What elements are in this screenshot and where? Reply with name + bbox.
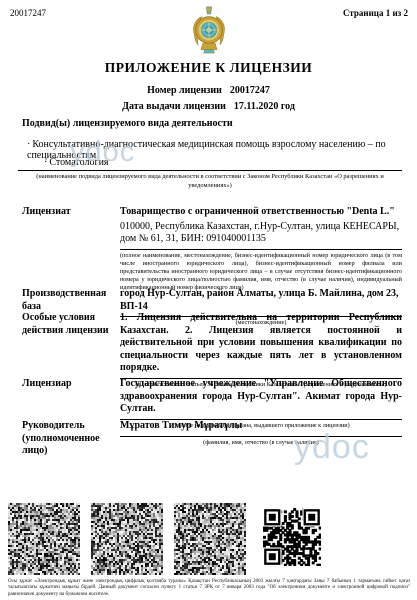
subtype-item: ·Стоматология bbox=[44, 157, 109, 168]
head-name: Мұратов Тимур Мұратұлы bbox=[120, 420, 402, 433]
license-date-value: 17.11.2020 год bbox=[234, 101, 295, 112]
datamatrix-barcode bbox=[8, 503, 80, 575]
document-title: ПРИЛОЖЕНИЕ К ЛИЦЕНЗИИ bbox=[0, 60, 417, 76]
license-appendix-document: 20017247 Страница 1 из 2 ПРИЛОЖЕНИЕ К ЛИ… bbox=[0, 0, 417, 600]
license-date-label: Дата выдачи лицензии bbox=[122, 101, 226, 112]
bullet-marker: · bbox=[44, 157, 47, 168]
licensee-name: Товарищество с ограниченной ответственно… bbox=[120, 206, 402, 219]
subtypes-heading: Подвид(ы) лицензируемого вида деятельнос… bbox=[22, 118, 233, 129]
subtypes-footnote: (наименование подвида лицензируемого вид… bbox=[18, 170, 402, 190]
datamatrix-barcode bbox=[91, 503, 163, 575]
licensor-label: Лицензиар bbox=[22, 378, 118, 391]
bullet-marker: · bbox=[27, 139, 30, 150]
emblem-container bbox=[0, 6, 417, 59]
datamatrix-barcode bbox=[174, 503, 246, 575]
licensee-footnote: (полное наименование, местонахождение, б… bbox=[120, 249, 402, 292]
head-footnote: (фамилия, имя, отчество (в случае наличи… bbox=[120, 436, 402, 447]
license-number-row: Номер лицензии20017247 bbox=[0, 85, 417, 96]
production-base-text: город Нур-Султан, район Алматы, улица Б.… bbox=[120, 288, 402, 313]
special-conditions-label: Особые условия действия лицензии bbox=[22, 312, 118, 337]
special-conditions-text: 1. Лицензия действительна на территории … bbox=[120, 312, 402, 375]
licensor-text: Государственное учреждение "Управление О… bbox=[120, 378, 402, 416]
production-base-label: Производственная база bbox=[22, 288, 118, 313]
licensee-label: Лицензиат bbox=[22, 206, 118, 219]
head-value: Мұратов Тимур Мұратұлы (фамилия, имя, от… bbox=[120, 420, 402, 447]
license-number-label: Номер лицензии bbox=[147, 85, 222, 96]
licensee-address: 010000, Республика Казахстан, г.Нур-Султ… bbox=[120, 221, 402, 246]
licensee-value: Товарищество с ограниченной ответственно… bbox=[120, 206, 402, 292]
subtype-item-text: Стоматология bbox=[49, 157, 108, 168]
head-label: Руководитель (уполномоченное лицо) bbox=[22, 420, 118, 458]
license-number-value: 20017247 bbox=[230, 85, 270, 96]
kazakhstan-emblem-icon bbox=[191, 6, 227, 54]
qr-code bbox=[263, 508, 321, 566]
license-date-row: Дата выдачи лицензии17.11.2020 год bbox=[0, 101, 417, 112]
legal-footer-text: Осы құжат «Электрондық құжат және электр… bbox=[8, 579, 410, 598]
